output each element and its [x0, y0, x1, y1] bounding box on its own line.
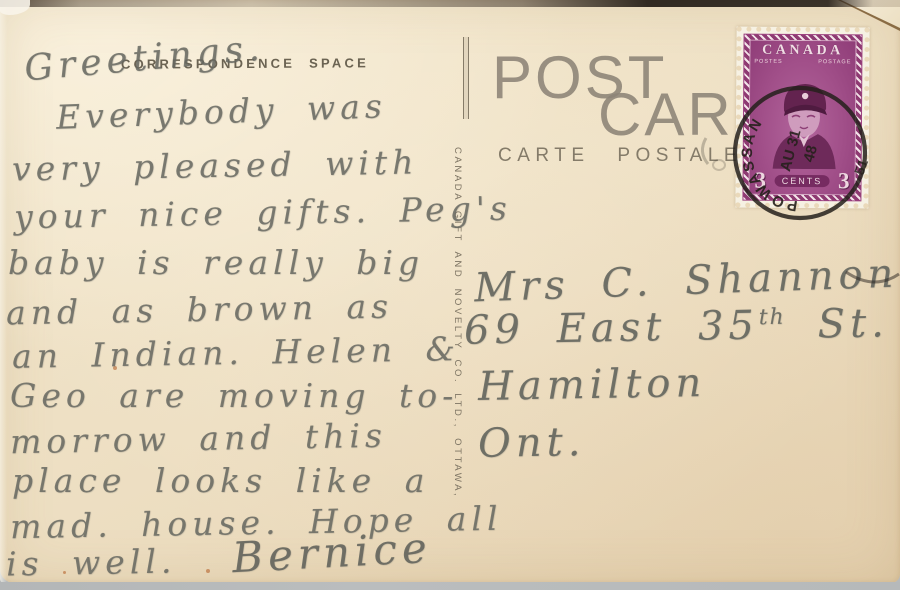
message-line: an Indian. Helen &	[12, 329, 460, 376]
signature: Bernice	[231, 523, 433, 582]
postmark-year-mark: 51	[851, 157, 871, 177]
address-province: Ont.	[478, 419, 586, 467]
center-divider-rule	[463, 37, 469, 119]
postmark-faint-mark	[713, 160, 725, 170]
postmark-date-line1: AU 31	[777, 128, 804, 173]
message-line: baby is really big	[8, 243, 424, 282]
scanner-background-strip	[0, 582, 900, 590]
postcard-scan: CORRESPONDENCESPACE POST CARD CARTE POST…	[0, 0, 900, 590]
postmark-date: AU 31 48	[777, 128, 824, 179]
card-top-edge-shadow	[0, 0, 900, 7]
message-line: place looks like a	[12, 461, 429, 500]
rust-speck	[206, 569, 210, 573]
postmark-faint-mark	[702, 138, 708, 164]
stamp-country-label: CANADA	[762, 43, 844, 60]
postmark-date-line2: 48	[800, 144, 821, 165]
space-word: SPACE	[309, 55, 369, 70]
message-line: and as brown as	[6, 287, 394, 333]
postmark-cancel: POWASSAN AU 31 48 51	[688, 76, 900, 316]
address-city: Hamilton	[478, 360, 707, 410]
message-line: very pleased with	[12, 142, 419, 188]
message-line: Geo are moving to-	[10, 376, 458, 415]
message-line: morrow and this	[10, 416, 387, 462]
message-line: is well.	[6, 542, 177, 584]
postmark-stray-arc	[846, 272, 899, 282]
